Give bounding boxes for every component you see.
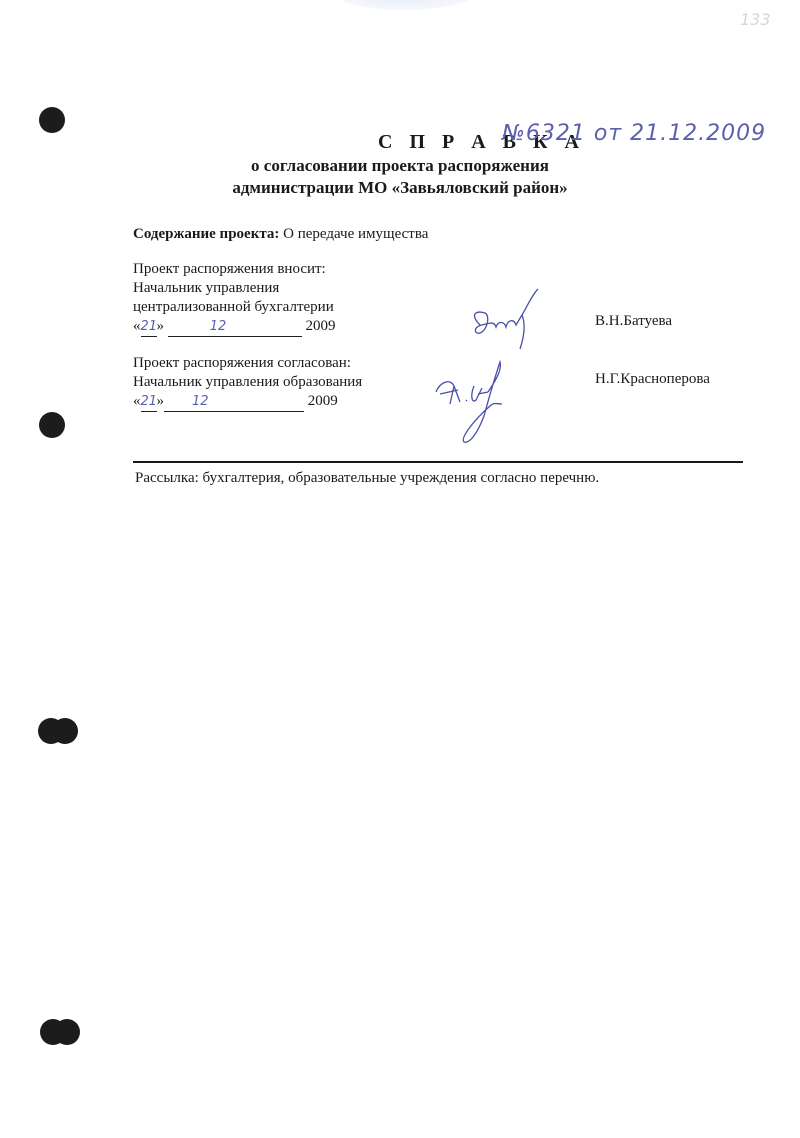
approved-by-position-1: Начальник управления образования bbox=[133, 373, 362, 392]
signature-krasnoperova bbox=[430, 360, 530, 450]
submitted-date-day: 21 bbox=[141, 317, 157, 337]
submitted-date-year: 2009 bbox=[306, 318, 336, 334]
project-content-value: О передаче имущества bbox=[283, 226, 428, 242]
submitted-date-month: 12 bbox=[168, 317, 302, 337]
submitted-by-position-2: централизованной бухгалтерии bbox=[133, 298, 336, 317]
approved-date-month: 12 bbox=[164, 392, 304, 412]
approved-by-heading: Проект распоряжения согласован: bbox=[133, 354, 362, 373]
submitted-by-name: В.Н.Батуева bbox=[595, 312, 672, 331]
approved-date-day: 21 bbox=[141, 392, 157, 412]
submitted-by-date: «21» 12 2009 bbox=[133, 317, 336, 337]
handwritten-registration-number: №6321 от 21.12.2009 bbox=[502, 121, 766, 146]
approved-by-date: «21»12 2009 bbox=[133, 392, 362, 412]
submitted-by-position-1: Начальник управления bbox=[133, 279, 336, 298]
punch-hole-3 bbox=[38, 718, 78, 744]
approved-by-block: Проект распоряжения согласован: Начальни… bbox=[133, 354, 362, 412]
approved-by-name: Н.Г.Красноперова bbox=[595, 370, 710, 389]
punch-hole-4 bbox=[40, 1019, 80, 1045]
signature-batueva bbox=[460, 285, 550, 355]
scan-smudge bbox=[330, 0, 480, 10]
submitted-by-block: Проект распоряжения вносит: Начальник уп… bbox=[133, 260, 336, 337]
horizontal-rule bbox=[133, 461, 743, 463]
page-number: 133 bbox=[740, 10, 771, 29]
subtitle-line-2: администрации МО «Завьяловский район» bbox=[0, 178, 800, 198]
submitted-by-heading: Проект распоряжения вносит: bbox=[133, 260, 336, 279]
subtitle-line-1: о согласовании проекта распоряжения bbox=[0, 156, 800, 176]
distribution-list: Рассылка: бухгалтерия, образовательные у… bbox=[135, 469, 599, 488]
approved-date-year: 2009 bbox=[308, 393, 338, 409]
project-content: Содержание проекта: О передаче имущества bbox=[133, 225, 428, 244]
project-content-label: Содержание проекта: bbox=[133, 226, 279, 242]
punch-hole-2 bbox=[39, 412, 65, 438]
punch-hole-1 bbox=[39, 107, 65, 133]
